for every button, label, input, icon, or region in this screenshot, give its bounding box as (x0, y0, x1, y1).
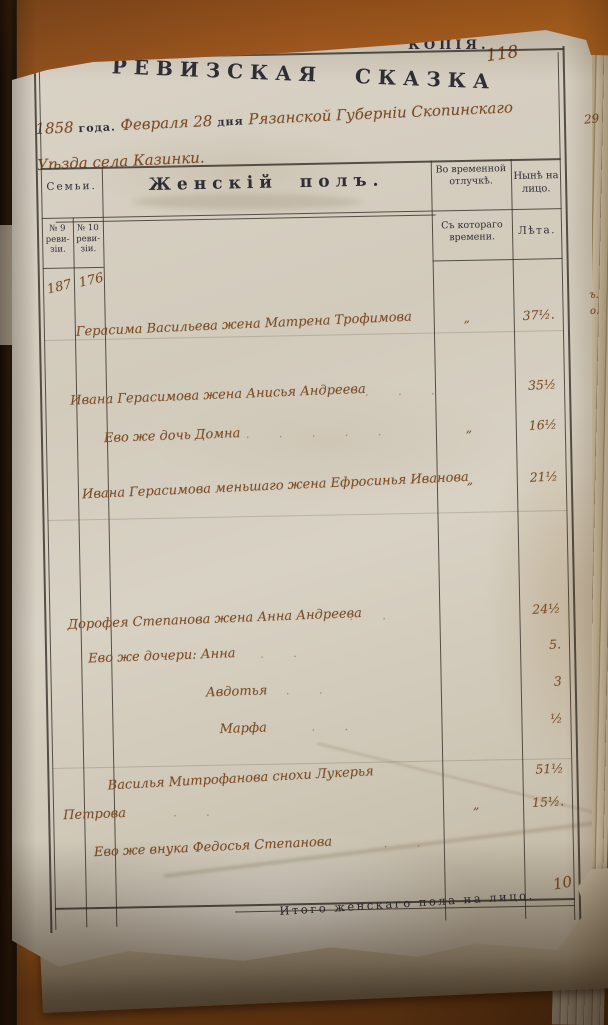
entry-age-value: 16½ (508, 416, 557, 434)
entry-ditto-mark: „ (466, 421, 472, 435)
entry-name: Авдотья (206, 683, 268, 700)
entry-age-value: ½ (514, 710, 563, 728)
entry-name: Марфа (219, 720, 267, 737)
entry-dot-leaders: · · · · · (246, 428, 395, 444)
header-family: Семьи. (41, 180, 102, 194)
date-region: Рязанской Губерніи Скопинскаго (248, 98, 513, 128)
entry-dot-leaders: · · · (365, 387, 448, 402)
header-revision-10: № 10 реви­зіи. (73, 223, 104, 255)
entry-name: Василья Митрофанова снохи Лукерья (107, 764, 374, 793)
underlying-page-corner (0, 225, 12, 345)
header-female-sex: Женскій полъ. (102, 170, 431, 198)
entry-age-value: 35½ (508, 376, 557, 394)
header-since-when: Съ котораго времени. (434, 219, 510, 244)
adjacent-page-fragment: 29 (583, 111, 600, 127)
entry-dot-leaders: · · (173, 809, 223, 823)
total-value: 10 (552, 872, 574, 893)
faint-rule (48, 510, 568, 521)
entry-dot-leaders: · · (349, 612, 399, 626)
page-number: 118 (485, 42, 520, 66)
document-title: РЕВИЗСКАЯ СКАЗКА (104, 54, 505, 94)
col-absent-divider (431, 161, 447, 921)
date-month-day: Февраля 28 (120, 112, 213, 134)
entry-name: Дорофея Степанова жена Анна Андреева (67, 606, 362, 633)
frame-top-line (34, 48, 564, 60)
header-years: Лѣта. (512, 224, 562, 238)
entry-name: Петрова (63, 806, 126, 823)
header-temporarily-absent: Во времен­ной отлуч­кѣ. (433, 163, 509, 188)
header-now-present: Нынѣ на лицо. (513, 170, 559, 196)
date-day-suffix: дня (217, 115, 244, 129)
entry-age-value: 21½ (509, 468, 558, 486)
entry-age-value: 37½. (506, 306, 555, 324)
entry-age-value: 51½ (515, 760, 564, 778)
entry-ditto-mark: „ (473, 798, 479, 812)
entry-age-value: 15½. (516, 793, 565, 811)
entry-age-value: 5. (513, 636, 562, 654)
header-revision-9: № 9 реви­зіи. (42, 223, 74, 255)
entry-dot-leaders: · · (260, 650, 310, 664)
subheader-line-right (433, 258, 563, 261)
census-table: Семьи. Женскій полъ. Во времен­ной отлуч… (41, 158, 575, 928)
adjacent-page-fragment: о. (590, 306, 599, 317)
entry-dot-leaders: · · (286, 687, 336, 701)
family-number-rev9: 187 (46, 277, 74, 297)
entry-name: Ивана Герасимова меньшаго жена Ефросинья… (82, 470, 469, 503)
entry-name: Ивана Герасимова жена Анисья Андреева (70, 382, 366, 409)
entry-name: Ево же внука Федосья Степанова (94, 834, 333, 860)
photo-of-revision-list-page: КОПІЯ. 118 РЕВИЗСКАЯ СКАЗКА 1858 года. Ф… (0, 0, 608, 1025)
document-page: КОПІЯ. 118 РЕВИЗСКАЯ СКАЗКА 1858 года. Ф… (12, 16, 592, 984)
date-year-suffix: года. (78, 120, 116, 135)
entry-ditto-mark: „ (464, 311, 470, 325)
entry-age-value: 24½ (512, 600, 561, 618)
family-number-rev10: 176 (78, 270, 106, 290)
entry-age-value: 3 (513, 673, 562, 691)
entry-dot-leaders: · · (311, 723, 361, 737)
adjacent-page-fragment: ъ. (589, 290, 599, 301)
entry-ditto-mark: „ (467, 473, 473, 487)
entry-name: Ево же дочь Домна (104, 426, 241, 446)
entry-dot-leaders: · · (384, 840, 434, 854)
